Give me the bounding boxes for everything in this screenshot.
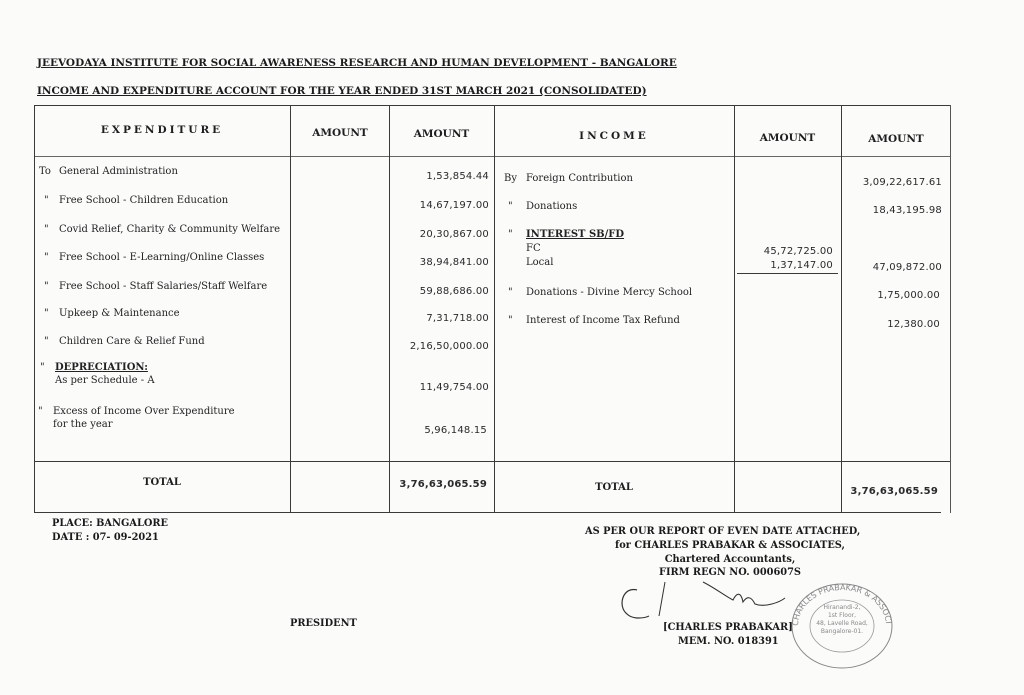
row-amount: 12,380.00	[887, 319, 940, 330]
auditor-report-line: AS PER OUR REPORT OF EVEN DATE ATTACHED,	[585, 526, 860, 537]
row-label: Foreign Contribution	[526, 173, 633, 184]
header-income: INCOME	[494, 130, 734, 142]
row-amount: 38,94,841.00	[420, 257, 489, 268]
sub-item-amount: 1,37,147.00	[770, 260, 833, 271]
row-label: Donations	[526, 201, 577, 212]
sub-item-amount: 45,72,725.00	[764, 246, 833, 257]
row-prefix: "	[508, 229, 513, 240]
row-label: Free School - Staff Salaries/Staff Welfa…	[59, 281, 267, 292]
row-label: Free School - E-Learning/Online Classes	[59, 252, 264, 263]
stamp-line: 48, Lavelle Road,	[808, 620, 876, 628]
row-prefix: "	[44, 336, 49, 347]
header-inc-amount-1: AMOUNT	[734, 132, 841, 144]
row-prefix: "	[508, 315, 513, 326]
row-label: Children Care & Relief Fund	[59, 336, 205, 347]
president-signature-label: PRESIDENT	[290, 618, 357, 629]
auditor-membership-number: MEM. NO. 018391	[678, 636, 779, 647]
place-label: PLACE: BANGALORE	[52, 518, 168, 529]
row-prefix: "	[44, 308, 49, 319]
row-prefix: "	[44, 281, 49, 292]
row-label: Free School - Children Education	[59, 195, 228, 206]
row-prefix: "	[40, 362, 45, 373]
stamp-line: 1st Floor,	[808, 612, 876, 620]
row-label: Covid Relief, Charity & Community Welfar…	[59, 224, 280, 235]
auditor-regn-line: FIRM REGN NO. 000607S	[585, 567, 875, 578]
row-sublabel: As per Schedule - A	[55, 375, 155, 386]
row-prefix: "	[508, 201, 513, 212]
row-label: Interest of Income Tax Refund	[526, 315, 680, 326]
row-label: INTEREST SB/FD	[526, 229, 624, 240]
row-label: DEPRECIATION:	[55, 362, 148, 373]
total-label-expenditure: TOTAL	[34, 477, 290, 488]
statement-title: INCOME AND EXPENDITURE ACCOUNT FOR THE Y…	[37, 85, 647, 97]
total-label-income: TOTAL	[494, 482, 734, 493]
row-label: Excess of Income Over Expenditure	[53, 406, 235, 417]
header-exp-amount-1: AMOUNT	[290, 127, 390, 139]
row-prefix: "	[44, 195, 49, 206]
row-amount: 5,96,148.15	[424, 425, 487, 436]
row-label: General Administration	[59, 166, 178, 177]
row-amount: 20,30,867.00	[420, 229, 489, 240]
row-prefix: "	[44, 252, 49, 263]
row-amount: 1,75,000.00	[877, 290, 940, 301]
row-amount: 47,09,872.00	[873, 262, 942, 273]
stamp-line: Bangalore-01.	[808, 628, 876, 636]
row-prefix: "	[38, 406, 43, 417]
row-prefix: "	[44, 224, 49, 235]
row-amount: 11,49,754.00	[420, 382, 489, 393]
row-amount: 1,53,854.44	[426, 171, 489, 182]
total-amount-income: 3,76,63,065.59	[850, 486, 938, 497]
header-expenditure: EXPENDITURE	[34, 124, 290, 136]
total-amount-expenditure: 3,76,63,065.59	[399, 479, 487, 490]
row-amount: 2,16,50,000.00	[410, 341, 489, 352]
row-prefix: To	[39, 166, 51, 177]
row-label: Upkeep & Maintenance	[59, 308, 180, 319]
row-label: Donations - Divine Mercy School	[526, 287, 692, 298]
row-prefix: "	[508, 287, 513, 298]
row-amount: 7,31,718.00	[426, 313, 489, 324]
row-amount: 18,43,195.98	[873, 205, 942, 216]
auditor-signature-icon	[615, 578, 815, 628]
date-label: DATE : 07- 09-2021	[52, 532, 159, 543]
row-prefix: By	[504, 173, 517, 184]
stamp-line: Hiranandi-2,	[808, 604, 876, 612]
auditor-firm-line: for CHARLES PRABAKAR & ASSOCIATES,	[585, 540, 875, 551]
header-inc-amount-2: AMOUNT	[841, 133, 951, 145]
row-amount: 59,88,686.00	[420, 286, 489, 297]
sub-item-label: Local	[526, 257, 553, 268]
row-amount: 14,67,197.00	[420, 200, 489, 211]
row-sublabel: for the year	[53, 419, 113, 430]
auditor-ca-line: Chartered Accountants,	[585, 554, 875, 565]
firm-stamp: CHARLES PRABAKAR & ASSOCIATES Hiranandi-…	[790, 582, 894, 670]
header-exp-amount-2: AMOUNT	[389, 128, 494, 140]
sub-item-label: FC	[526, 243, 541, 254]
organization-title: JEEVODAYA INSTITUTE FOR SOCIAL AWARENESS…	[37, 57, 677, 69]
row-amount: 3,09,22,617.61	[863, 177, 942, 188]
